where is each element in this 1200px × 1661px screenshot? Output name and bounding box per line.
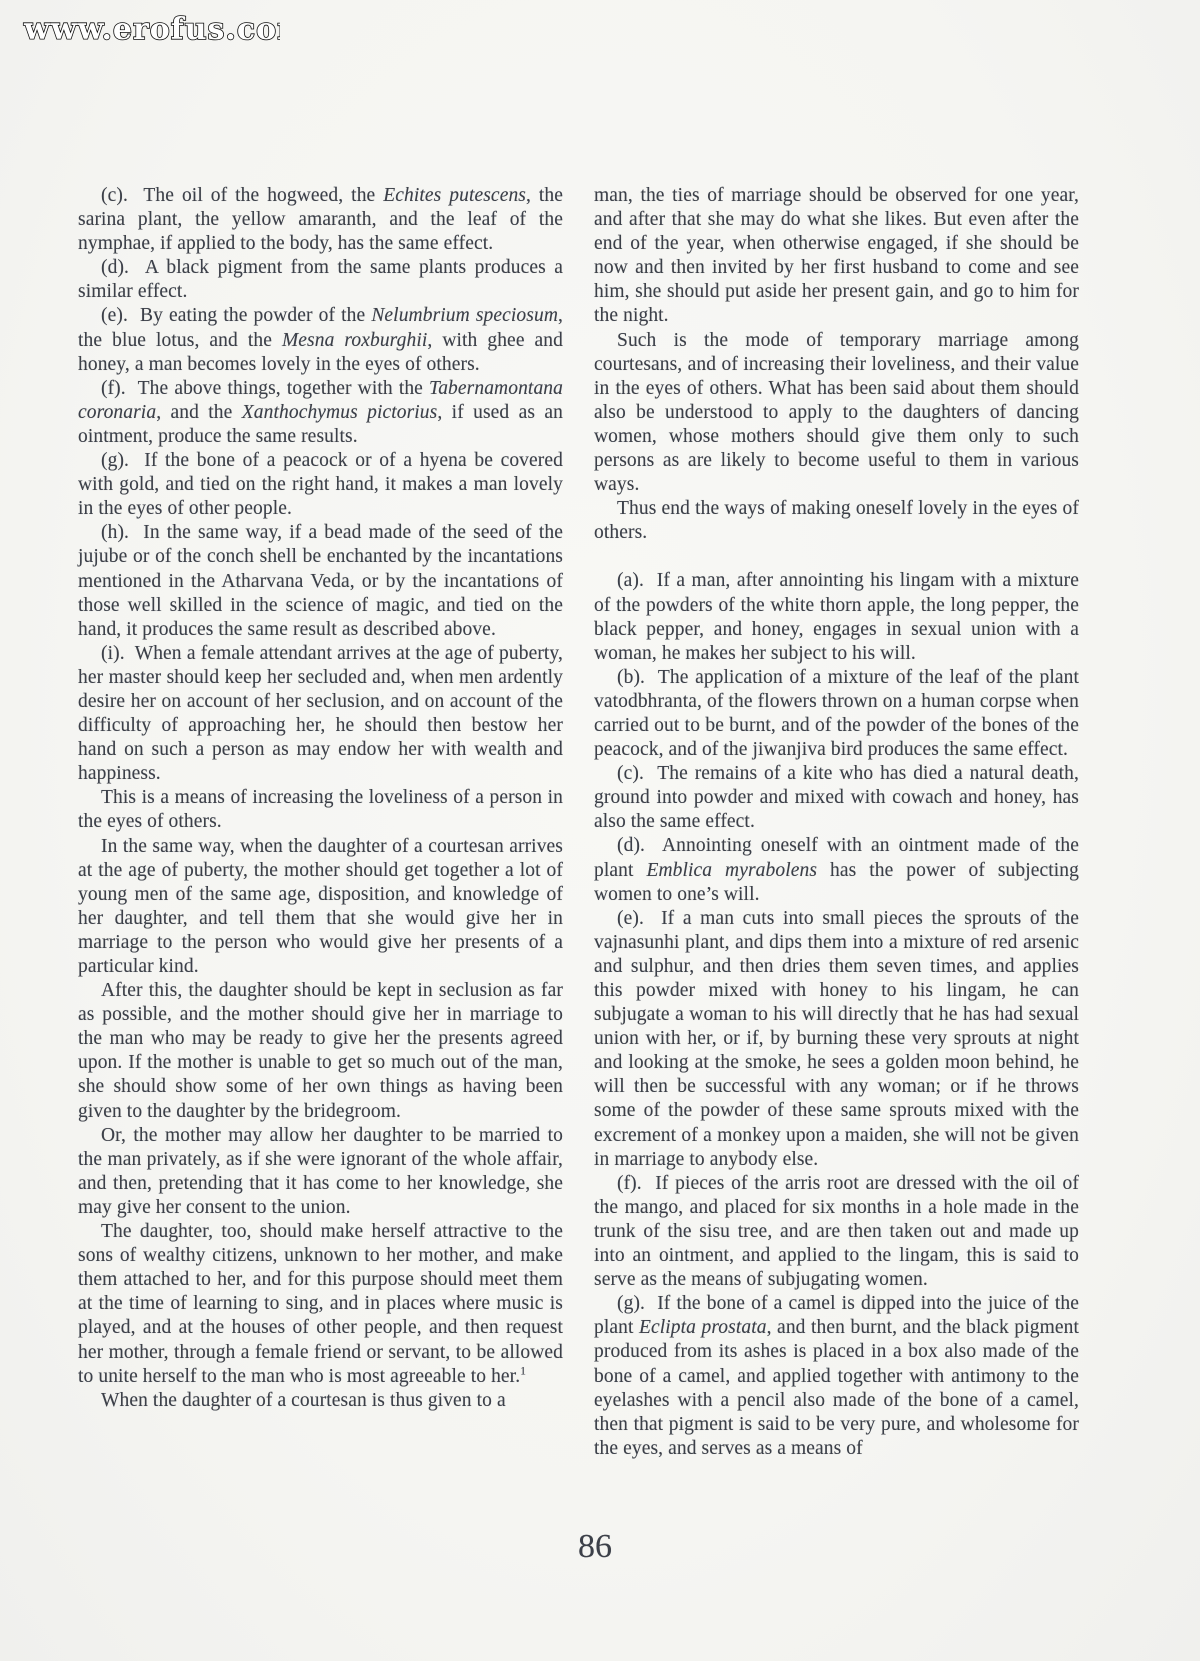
paragraph: When the daughter of a courtesan is thus…: [78, 1389, 563, 1413]
paragraph: Or, the mother may allow her daughter to…: [78, 1124, 563, 1220]
paragraph: The daughter, too, should make herself a…: [78, 1220, 563, 1389]
text-run: (b). The application of a mixture of the…: [594, 667, 1079, 760]
paragraph: (d). Annointing oneself with an ointment…: [594, 834, 1079, 906]
watermark: www.erofus.com: [20, 6, 280, 52]
text-run: In the same way, when the daughter of a …: [78, 836, 563, 977]
paragraph: (b). The application of a mixture of the…: [594, 666, 1079, 762]
text-run: (h). In the same way, if a bead made of …: [78, 522, 563, 639]
species-name-italic: Echites putescens: [383, 185, 526, 206]
paragraph: (f). If pieces of the arris root are dre…: [594, 1172, 1079, 1292]
text-run: (g). If the bone of a peacock or of a hy…: [78, 450, 563, 519]
paragraph: After this, the daughter should be kept …: [78, 979, 563, 1124]
text-run: When the daughter of a courtesan is thus…: [101, 1390, 506, 1411]
paragraph: (h). In the same way, if a bead made of …: [78, 521, 563, 641]
watermark-text: www.erofus.com: [23, 12, 280, 47]
text-run: (f). The above things, together with the: [101, 378, 429, 399]
paragraph: (e). If a man cuts into small pieces the…: [594, 907, 1079, 1172]
footnote-marker: 1: [520, 1364, 526, 1377]
species-name-italic: Xanthochymus pictorius: [242, 402, 438, 423]
paragraph: (c). The oil of the hogweed, the Echites…: [78, 184, 563, 256]
species-name-italic: Mesna roxburghii: [282, 330, 427, 351]
paragraph: (g). If the bone of a peacock or of a hy…: [78, 449, 563, 521]
paragraph: (f). The above things, together with the…: [78, 377, 563, 449]
species-name-italic: Emblica myrabolens: [646, 860, 817, 881]
text-run: Thus end the ways of making oneself love…: [594, 498, 1079, 543]
paragraph: This is a means of increasing the loveli…: [78, 786, 563, 834]
text-columns: (c). The oil of the hogweed, the Echites…: [78, 184, 1079, 1461]
text-run: The daughter, too, should make herself a…: [78, 1221, 563, 1387]
paragraph: (a). If a man, after annointing his ling…: [594, 569, 1079, 665]
text-run: (a). If a man, after annointing his ling…: [594, 570, 1079, 663]
species-name-italic: Eclipta prostata: [639, 1317, 767, 1338]
text-run: Or, the mother may allow her daughter to…: [78, 1125, 563, 1218]
paragraph: (c). The remains of a kite who has died …: [594, 762, 1079, 834]
paragraph: (d). A black pigment from the same plant…: [78, 256, 563, 304]
text-run: Such is the mode of temporary marriage a…: [594, 330, 1079, 496]
column-left: (c). The oil of the hogweed, the Echites…: [78, 184, 563, 1461]
text-run: (c). The remains of a kite who has died …: [594, 763, 1079, 832]
text-run: (i). When a female attendant arrives at …: [78, 643, 563, 784]
paragraph: Thus end the ways of making oneself love…: [594, 497, 1079, 545]
paragraph: (i). When a female attendant arrives at …: [78, 642, 563, 787]
paragraph: (g). If the bone of a camel is dipped in…: [594, 1292, 1079, 1461]
text-run: (e). By eating the powder of the: [101, 305, 371, 326]
text-run: man, the ties of marriage should be obse…: [594, 185, 1079, 326]
text-run: (e). If a man cuts into small pieces the…: [594, 908, 1079, 1170]
text-run: , and then burnt, and the black pigment …: [594, 1317, 1079, 1458]
text-run: (c). The oil of the hogweed, the: [101, 185, 383, 206]
text-run: This is a means of increasing the loveli…: [78, 787, 563, 832]
column-right: man, the ties of marriage should be obse…: [594, 184, 1079, 1461]
text-run: , and the: [156, 402, 242, 423]
paragraph: Such is the mode of temporary marriage a…: [594, 329, 1079, 498]
species-name-italic: Nelumbrium speciosum: [371, 305, 558, 326]
page-number: 86: [0, 1528, 1190, 1566]
scanned-book-page: www.erofus.com (c). The oil of the hogwe…: [0, 0, 1200, 1661]
text-run: (d). A black pigment from the same plant…: [78, 257, 563, 302]
text-run: After this, the daughter should be kept …: [78, 980, 563, 1121]
paragraph: (e). By eating the powder of the Nelumbr…: [78, 304, 563, 376]
paragraph: In the same way, when the daughter of a …: [78, 835, 563, 980]
text-run: (f). If pieces of the arris root are dre…: [594, 1173, 1079, 1290]
paragraph: man, the ties of marriage should be obse…: [594, 184, 1079, 329]
